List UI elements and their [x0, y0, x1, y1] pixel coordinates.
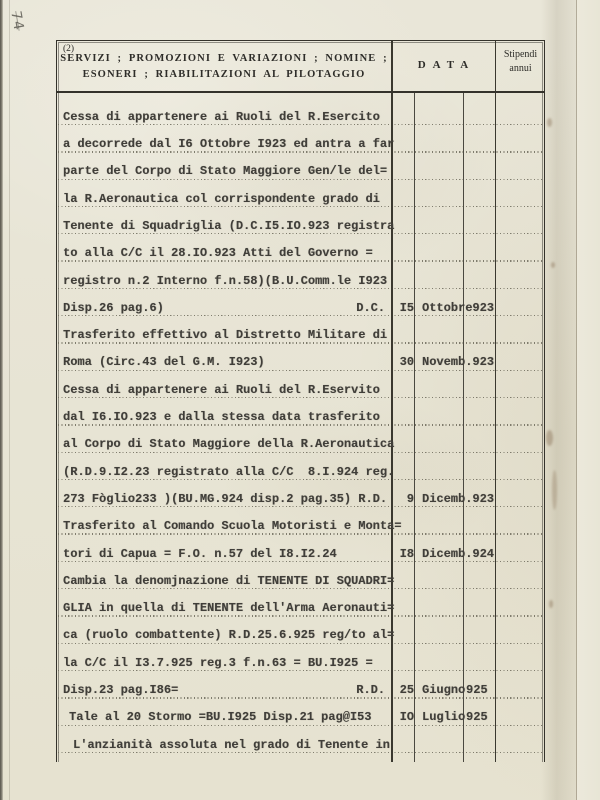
- column-divider-day: [414, 92, 415, 762]
- record-line-text: ca (ruolo combattente) R.D.25.6.925 reg/…: [63, 628, 394, 642]
- date-year: 925: [466, 710, 488, 724]
- record-line-text: Disp.23 pag.I86=: [63, 683, 178, 697]
- pencil-note: 74: [7, 10, 26, 32]
- record-line-text: Cambia la denomjnazione di TENENTE DI SQ…: [63, 574, 394, 588]
- record-line-text: (R.D.9.I2.23 registrato alla C/C 8.I.924…: [63, 465, 394, 479]
- record-row: Cambia la denomjnazione di TENENTE DI SQ…: [58, 562, 544, 589]
- record-row: tori di Capua = F.O. n.57 del I8.I2.24I8…: [58, 535, 544, 562]
- record-line-text: Trasferito effettivo al Distretto Milita…: [63, 328, 387, 342]
- service-record-table: (2) SERVIZI ; PROMOZIONI E VARIAZIONI ; …: [56, 40, 545, 762]
- column-header-stipendi: Stipendi annui: [495, 48, 546, 76]
- record-row: a decorrede dal I6 Ottobre I923 ed antra…: [58, 125, 544, 152]
- table-title-line1: SERVIZI ; PROMOZIONI E VARIAZIONI ; NOMI…: [57, 51, 391, 67]
- record-row: to alla C/C il 28.IO.923 Atti del Govern…: [58, 234, 544, 261]
- record-row: la R.Aeronautica col corrispondente grad…: [58, 180, 544, 207]
- record-line-text: al Corpo di Stato Maggiore della R.Aeron…: [63, 437, 394, 451]
- date-day: I5: [391, 301, 414, 315]
- table-body: Cessa di appartenere ai Ruoli del R.Eser…: [58, 98, 544, 753]
- record-line-text: registro n.2 Interno f.n.58)(B.U.Comm.le…: [63, 274, 387, 288]
- record-row: dal I6.IO.923 e dalla stessa data trasfe…: [58, 398, 544, 425]
- record-row: Roma (Circ.43 del G.M. I923)30Novemb.923: [58, 344, 544, 371]
- record-line-text: Tenente di Squadriglia (D.C.I5.IO.923 re…: [63, 219, 394, 233]
- date-month: Dicemb.923: [422, 492, 494, 506]
- paper-fleck: [547, 118, 552, 127]
- column-header-data: DATA: [391, 59, 495, 71]
- record-row: ca (ruolo combattente) R.D.25.6.925 reg/…: [58, 617, 544, 644]
- paper-fleck: [549, 600, 553, 608]
- scan-left-edge: [0, 0, 3, 800]
- record-line-text: L'anzianità assoluta nel grado di Tenent…: [73, 738, 390, 752]
- paper-crease-left: [9, 0, 10, 800]
- date-day: I8: [391, 547, 414, 561]
- record-line-text: Tale al 20 Stormo =BU.I925 Disp.21 pag@I…: [69, 710, 371, 724]
- record-row: Trasferito al Comando Scuola Motoristi e…: [58, 507, 544, 534]
- record-line-text: Disp.26 pag.6): [63, 301, 164, 315]
- record-row: la C/C il I3.7.925 reg.3 f.n.63 = BU.I92…: [58, 644, 544, 671]
- record-line-text: tori di Capua = F.O. n.57 del I8.I2.24: [63, 547, 337, 561]
- record-line-text: la C/C il I3.7.925 reg.3 f.n.63 = BU.I92…: [63, 656, 373, 670]
- record-line-text: a decorrede dal I6 Ottobre I923 ed antra…: [63, 137, 394, 151]
- paper-fleck: [546, 430, 553, 446]
- stipendi-line2: annui: [495, 62, 546, 76]
- record-line-text: la R.Aeronautica col corrispondente grad…: [63, 192, 380, 206]
- record-line-text: Cessa di appartenere ai Ruoli del R.Eser…: [63, 110, 380, 124]
- record-authority-label: D.C.: [288, 301, 385, 315]
- record-row: Disp.23 pag.I86=R.D.25Giugno925: [58, 671, 544, 698]
- record-row: registro n.2 Interno f.n.58)(B.U.Comm.le…: [58, 262, 544, 289]
- date-month: Dicemb.924: [422, 547, 494, 561]
- record-row: Disp.26 pag.6)D.C.I5Ottobre923: [58, 289, 544, 316]
- paper-fleck: [551, 262, 555, 268]
- record-line-text: Cessa di appartenere ai Ruoli del R.Eser…: [63, 383, 380, 397]
- date-day: 9: [391, 492, 414, 506]
- header-bottom-rule: [56, 91, 545, 93]
- paper-crease-right: [576, 0, 577, 800]
- date-day: 30: [391, 355, 414, 369]
- record-line-text: GLIA in quella di TENENTE dell'Arma Aero…: [63, 601, 394, 615]
- date-month: Ottobre923: [422, 301, 494, 315]
- record-row: Tale al 20 Stormo =BU.I925 Disp.21 pag@I…: [58, 699, 544, 726]
- column-divider-stipendi: [495, 41, 496, 762]
- date-day: 25: [391, 683, 414, 697]
- record-row: al Corpo di Stato Maggiore della R.Aeron…: [58, 426, 544, 453]
- record-row: (R.D.9.I2.23 registrato alla C/C 8.I.924…: [58, 453, 544, 480]
- record-authority-label: R.D.: [288, 683, 385, 697]
- paper-fleck: [552, 470, 557, 510]
- date-day: IO: [391, 710, 414, 724]
- date-year: 925: [466, 683, 488, 697]
- record-row: parte del Corpo di Stato Maggiore Gen/le…: [58, 153, 544, 180]
- stipendi-line1: Stipendi: [495, 48, 546, 62]
- record-line-text: 273 Fòglio233 )(BU.MG.924 disp.2 pag.35)…: [63, 492, 387, 506]
- record-row: Cessa di appartenere ai Ruoli del R.Eser…: [58, 98, 544, 125]
- table-title: SERVIZI ; PROMOZIONI E VARIAZIONI ; NOMI…: [57, 51, 391, 83]
- record-line-text: Roma (Circ.43 del G.M. I923): [63, 355, 265, 369]
- record-row: GLIA in quella di TENENTE dell'Arma Aero…: [58, 589, 544, 616]
- date-month: Luglio: [422, 710, 465, 724]
- scanned-document-page: 74 (2) SERVIZI ; PROMOZIONI E VARIAZIONI…: [0, 0, 600, 800]
- record-line-text: to alla C/C il 28.IO.923 Atti del Govern…: [63, 246, 373, 260]
- column-divider-year: [463, 92, 464, 762]
- record-row: Trasferito effettivo al Distretto Milita…: [58, 316, 544, 343]
- adjacent-page-edge: [577, 0, 600, 800]
- record-row: 273 Fòglio233 )(BU.MG.924 disp.2 pag.35)…: [58, 480, 544, 507]
- record-line-text: Trasferito al Comando Scuola Motoristi e…: [63, 519, 401, 533]
- record-line-text: dal I6.IO.923 e dalla stessa data trasfe…: [63, 410, 380, 424]
- record-row: Cessa di appartenere ai Ruoli del R.Eser…: [58, 371, 544, 398]
- date-month: Giugno: [422, 683, 465, 697]
- table-title-line2: ESONERI ; RIABILITAZIONI AL PILOTAGGIO: [57, 67, 391, 83]
- record-line-text: parte del Corpo di Stato Maggiore Gen/le…: [63, 164, 387, 178]
- date-month: Novemb.923: [422, 355, 494, 369]
- record-row: L'anzianità assoluta nel grado di Tenent…: [58, 726, 544, 753]
- record-row: Tenente di Squadriglia (D.C.I5.IO.923 re…: [58, 207, 544, 234]
